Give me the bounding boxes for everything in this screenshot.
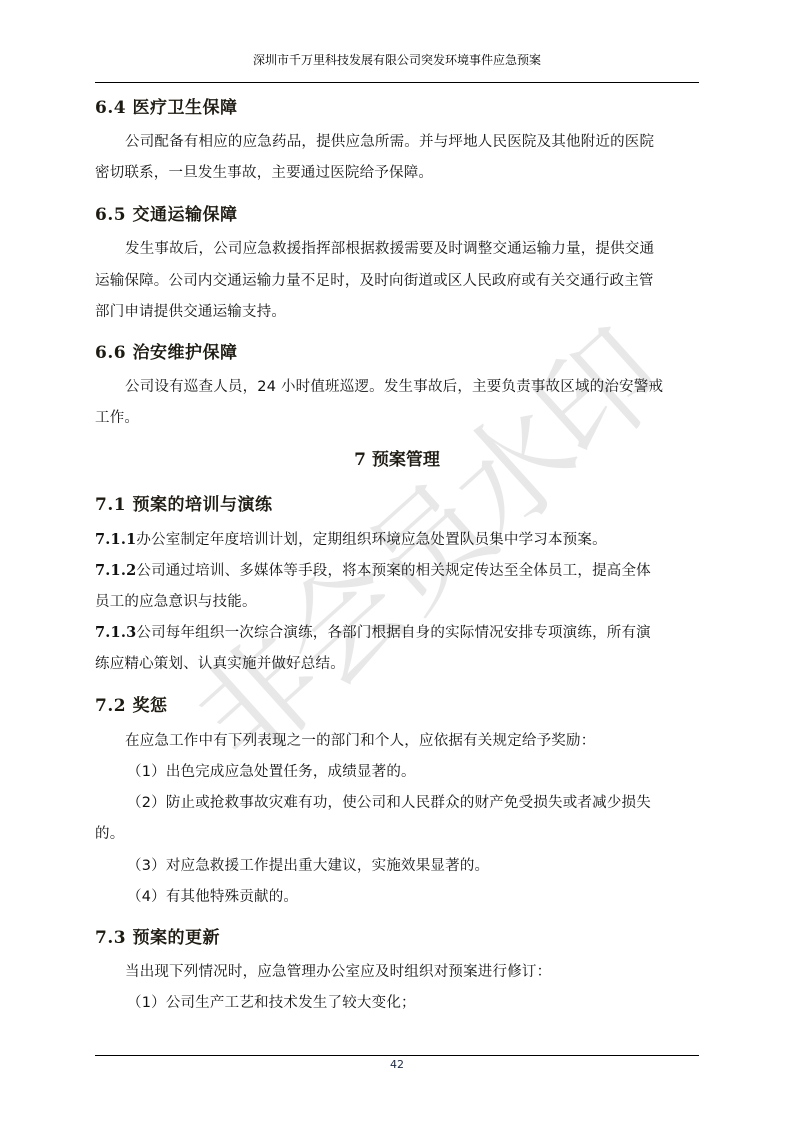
paragraph-line: 在应急工作中有下列表现之一的部门和个人，应依据有关规定给予奖励：	[125, 730, 595, 752]
list-item: （2）防止或抢救事故灾难有功，使公司和人民群众的财产免受损失或者减少损失	[127, 792, 651, 814]
paragraph-line: 工作。	[95, 407, 139, 429]
paragraph-line: 公司设有巡查人员，24 小时值班巡逻。发生事故后，主要负责事故区域的治安警戒	[125, 376, 663, 398]
heading-6-6: 6.6 治安维护保障	[95, 341, 238, 365]
item-number: 7.1.2	[95, 562, 136, 579]
paragraph-line: 练应精心策划、认真实施并做好总结。	[95, 653, 345, 675]
item-number: 7.1.3	[95, 624, 136, 641]
paragraph-line: 密切联系，一旦发生事故，主要通过医院给予保障。	[95, 162, 433, 184]
list-item: （1）公司生产工艺和技术发生了较大变化；	[127, 992, 416, 1014]
page-number: 42	[95, 1058, 699, 1072]
item-text: 办公室制定年度培训计划，定期组织环境应急处置队员集中学习本预案。	[136, 532, 606, 548]
footer-rule	[95, 1055, 699, 1056]
paragraph-line: 部门申请提供交通运输支持。	[95, 301, 286, 323]
paragraph-line: 运输保障。公司内交通运输力量不足时，及时向街道或区人民政府或有关交通行政主管	[95, 270, 654, 292]
numbered-item-7-1-2: 7.1.2公司通过培训、多媒体等手段，将本预案的相关规定传达至全体员工，提高全体	[95, 560, 651, 582]
paragraph-line: 公司配备有相应的应急药品，提供应急所需。并与坪地人民医院及其他附近的医院	[125, 131, 654, 153]
heading-6-5: 6.5 交通运输保障	[95, 203, 238, 227]
chapter-heading-7: 7 预案管理	[95, 448, 699, 472]
item-text: 公司通过培训、多媒体等手段，将本预案的相关规定传达至全体员工，提高全体	[136, 563, 651, 579]
paragraph-line: 员工的应急意识与技能。	[95, 591, 257, 613]
numbered-item-7-1-3: 7.1.3公司每年组织一次综合演练，各部门根据自身的实际情况安排专项演练，所有演	[95, 622, 651, 644]
item-text: 公司每年组织一次综合演练，各部门根据自身的实际情况安排专项演练，所有演	[136, 625, 651, 641]
header-rule	[95, 82, 699, 83]
heading-7-2: 7.2 奖惩	[95, 694, 168, 718]
heading-6-4: 6.4 医疗卫生保障	[95, 96, 238, 120]
heading-7-1: 7.1 预案的培训与演练	[95, 493, 273, 517]
paragraph-line: 当出现下列情况时，应急管理办公室应及时组织对预案进行修订：	[125, 961, 551, 983]
document-page: 非会员水印 深圳市千万里科技发展有限公司突发环境事件应急预案 6.4 医疗卫生保…	[0, 0, 793, 1122]
list-item: （3）对应急救援工作提出重大建议，实施效果显著的。	[127, 855, 489, 877]
paragraph-line: 的。	[95, 823, 124, 845]
paragraph-line: 发生事故后，公司应急救援指挥部根据救援需要及时调整交通运输力量，提供交通	[125, 238, 654, 260]
numbered-item-7-1-1: 7.1.1办公室制定年度培训计划，定期组织环境应急处置队员集中学习本预案。	[95, 529, 607, 551]
list-item: （4）有其他特殊贡献的。	[127, 886, 298, 908]
heading-7-3: 7.3 预案的更新	[95, 926, 220, 950]
list-item: （1）出色完成应急处置任务，成绩显著的。	[127, 761, 416, 783]
item-number: 7.1.1	[95, 531, 136, 548]
running-header-title: 深圳市千万里科技发展有限公司突发环境事件应急预案	[95, 52, 699, 68]
